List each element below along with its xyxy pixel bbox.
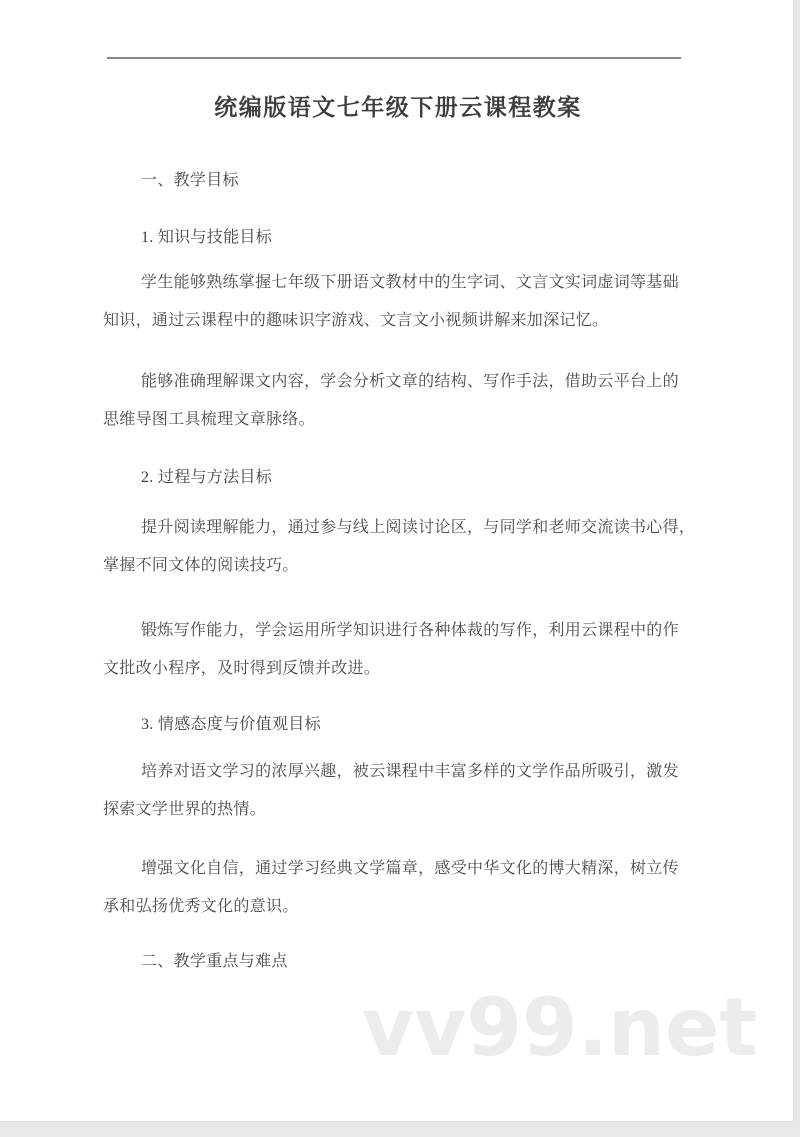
paragraph2-line1: 能够准确理解课文内容，学会分析文章的结构、写作手法，借助云平台上的 [103,371,741,393]
paragraph4-line1: 锻炼写作能力，学会运用所学知识进行各种体裁的写作，利用云课程中的作 [103,620,741,642]
paragraph3-line1: 提升阅读理解能力，通过参与线上阅读讨论区，与同学和老师交流读书心得， [103,517,741,539]
doc-title: 统编版语文七年级下册云课程教案 [103,89,693,122]
paragraph5-line1: 培养对语文学习的浓厚兴趣，被云课程中丰富多样的文学作品所吸引，激发 [103,761,741,783]
paragraph6-line2: 承和弘扬优秀文化的意识。 [103,896,703,918]
paragraph1-line1: 学生能够熟练掌握七年级下册语文教材中的生字词、文言文实词虚词等基础 [103,272,741,294]
watermark: vv99.net [362,988,757,1068]
document-viewer-canvas: { "doc": { "title": "统编版语文七年级下册云课程教案", "… [0,0,800,1137]
section1-heading: 一、教学目标 [103,170,741,192]
objective3-heading: 3. 情感态度与价值观目标 [103,714,741,736]
paragraph1-line2: 知识，通过云课程中的趣味识字游戏、文言文小视频讲解来加深记忆。 [103,310,703,332]
paragraph3-line2: 掌握不同文体的阅读技巧。 [103,555,703,577]
objective1-heading: 1. 知识与技能目标 [103,227,741,249]
paragraph2-line2: 思维导图工具梳理文章脉络。 [103,409,703,431]
objective2-heading: 2. 过程与方法目标 [103,467,741,489]
document-page: 统编版语文七年级下册云课程教案 一、教学目标 1. 知识与技能目标 学生能够熟练… [0,0,794,1122]
section2-heading: 二、教学重点与难点 [103,951,741,973]
paragraph5-line2: 探索文学世界的热情。 [103,799,703,821]
paragraph6-line1: 增强文化自信，通过学习经典文学篇章，感受中华文化的博大精深，树立传 [103,858,741,880]
header-rule-line [107,57,681,59]
paragraph4-line2: 文批改小程序，及时得到反馈并改进。 [103,658,703,680]
